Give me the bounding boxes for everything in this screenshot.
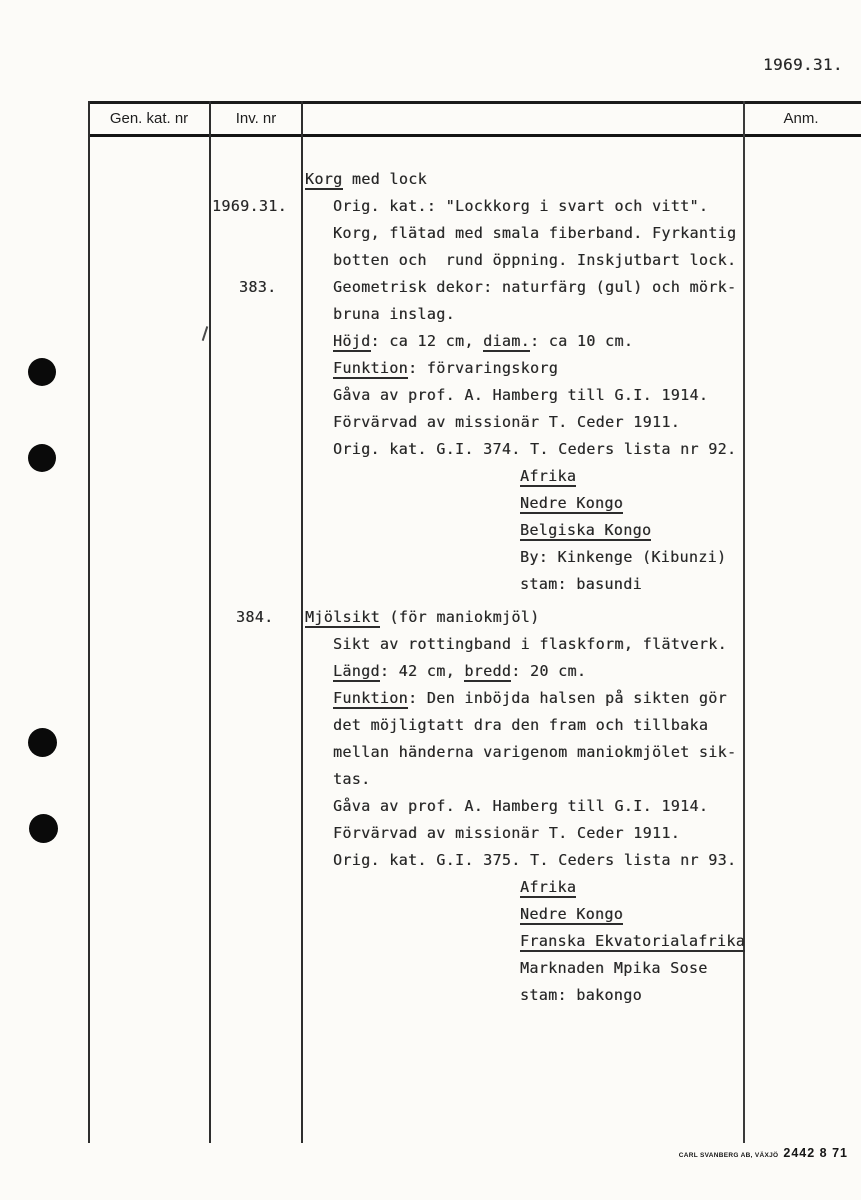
- entry-line: Afrika: [305, 463, 736, 490]
- scan-artifact: [202, 326, 208, 341]
- entry-line: Orig. kat. G.I. 375. T. Ceders lista nr …: [305, 847, 745, 874]
- punch-hole: [29, 814, 58, 843]
- entry-line: Nedre Kongo: [305, 901, 745, 928]
- punch-hole: [28, 728, 57, 757]
- entry-line: Höjd: ca 12 cm, diam.: ca 10 cm.: [305, 328, 736, 355]
- entry-line: botten och rund öppning. Inskjutbart loc…: [305, 247, 736, 274]
- inventory-number-383: 383.: [212, 274, 287, 301]
- column-header-anm: Anm.: [745, 109, 857, 129]
- punch-hole: [28, 358, 56, 386]
- entry-line: Längd: 42 cm, bredd: 20 cm.: [305, 658, 745, 685]
- column-divider-inv-main: [301, 101, 303, 1143]
- entry-line: Korg med lock: [305, 166, 736, 193]
- entry-line: det möjligtatt dra den fram och tillbaka: [305, 712, 745, 739]
- entry-line: Gåva av prof. A. Hamberg till G.I. 1914.: [305, 793, 745, 820]
- entry-line: Geometrisk dekor: naturfärg (gul) och mö…: [305, 274, 736, 301]
- inventory-number-column: 1969.31. 383.: [212, 139, 287, 355]
- entry-line: Belgiska Kongo: [305, 517, 736, 544]
- entry-line: Förvärvad av missionär T. Ceder 1911.: [305, 820, 745, 847]
- entry-line: tas.: [305, 766, 745, 793]
- printer-imprint: CARL SVANBERG AB, VÄXJÖ 2442 8 71: [679, 1146, 848, 1160]
- group-number: 1969.31.: [212, 193, 287, 220]
- table-top-border: [88, 101, 861, 104]
- entry-line: bruna inslag.: [305, 301, 736, 328]
- entry-line: Funktion: Den inböjda halsen på sikten g…: [305, 685, 745, 712]
- printer-form-number: 2442 8 71: [783, 1146, 848, 1160]
- entry-line: Orig. kat.: "Lockkorg i svart och vitt".: [305, 193, 736, 220]
- column-header-gen-kat-nr: Gen. kat. nr: [90, 109, 208, 129]
- column-header-inv-nr: Inv. nr: [211, 109, 301, 129]
- entry-line: By: Kinkenge (Kibunzi): [305, 544, 736, 571]
- page-year-number: 1969.31.: [763, 55, 843, 74]
- inventory-number-384: 384.: [236, 604, 274, 631]
- entry-line: Sikt av rottingband i flaskform, flätver…: [305, 631, 745, 658]
- entry-line: Nedre Kongo: [305, 490, 736, 517]
- column-divider-genkat-inv: [209, 101, 211, 1143]
- entry-line: Funktion: förvaringskorg: [305, 355, 736, 382]
- catalog-card-scan: 1969.31. Gen. kat. nr Inv. nr Anm. 1969.…: [0, 0, 861, 1200]
- entry-383-text: Korg med lockOrig. kat.: "Lockkorg i sva…: [305, 166, 736, 598]
- entry-line: Förvärvad av missionär T. Ceder 1911.: [305, 409, 736, 436]
- entry-line: Korg, flätad med smala fiberband. Fyrkan…: [305, 220, 736, 247]
- entry-line: Mjölsikt (för maniokmjöl): [305, 604, 745, 631]
- entry-line: stam: bakongo: [305, 982, 745, 1009]
- table-header-divider: [88, 134, 861, 137]
- entry-line: Orig. kat. G.I. 374. T. Ceders lista nr …: [305, 436, 736, 463]
- entry-line: mellan händerna varigenom maniokmjölet s…: [305, 739, 745, 766]
- entry-line: Marknaden Mpika Sose: [305, 955, 745, 982]
- table-left-border: [88, 101, 90, 1143]
- entry-line: Gåva av prof. A. Hamberg till G.I. 1914.: [305, 382, 736, 409]
- entry-line: Franska Ekvatorialafrika: [305, 928, 745, 955]
- entry-384-text: Mjölsikt (för maniokmjöl)Sikt av rotting…: [305, 604, 745, 1009]
- punch-hole: [28, 444, 56, 472]
- entry-line: stam: basundi: [305, 571, 736, 598]
- entry-line: Afrika: [305, 874, 745, 901]
- printer-name: CARL SVANBERG AB, VÄXJÖ: [679, 1152, 779, 1159]
